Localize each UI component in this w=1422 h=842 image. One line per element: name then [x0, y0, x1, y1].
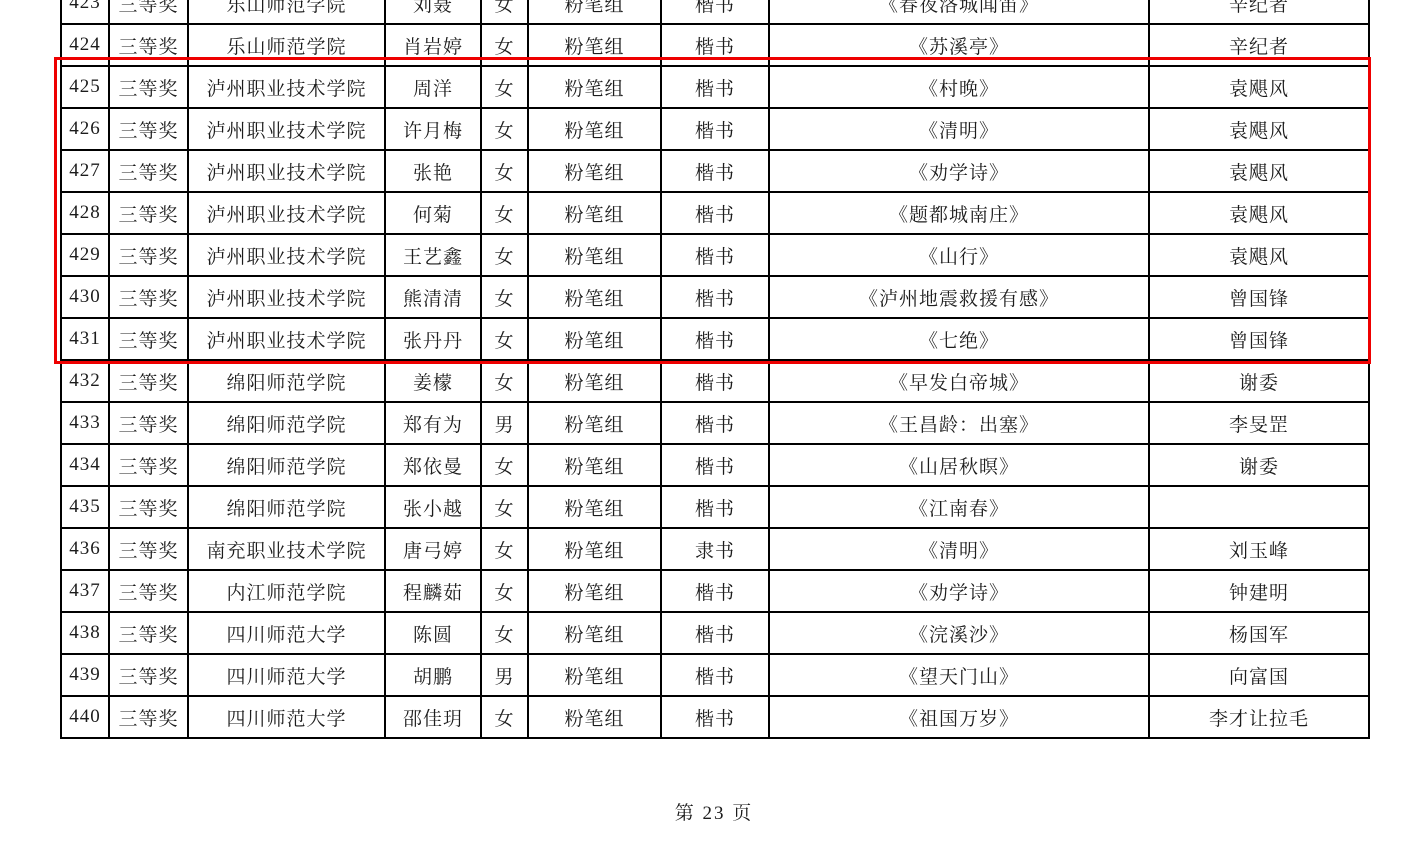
cell-group: 粉笔组 [528, 444, 661, 486]
cell-name: 郑依曼 [385, 444, 481, 486]
cell-award: 三等奖 [109, 24, 188, 66]
cell-script: 楷书 [661, 150, 769, 192]
cell-school: 四川师范大学 [188, 612, 385, 654]
cell-advisor: 杨国军 [1149, 612, 1369, 654]
cell-script: 楷书 [661, 612, 769, 654]
cell-name: 邵佳玥 [385, 696, 481, 738]
cell-advisor: 李才让拉毛 [1149, 696, 1369, 738]
cell-name: 张小越 [385, 486, 481, 528]
cell-script: 楷书 [661, 318, 769, 360]
cell-gender: 女 [481, 486, 528, 528]
document-page: 423三等奖乐山师范学院刘聂女粉笔组楷书《春夜洛城闻笛》辛纪者424三等奖乐山师… [0, 0, 1422, 842]
cell-group: 粉笔组 [528, 654, 661, 696]
cell-award: 三等奖 [109, 360, 188, 402]
awards-table: 423三等奖乐山师范学院刘聂女粉笔组楷书《春夜洛城闻笛》辛纪者424三等奖乐山师… [60, 0, 1370, 739]
cell-school: 南充职业技术学院 [188, 528, 385, 570]
cell-title: 《题都城南庄》 [769, 192, 1149, 234]
cell-title: 《泸州地震救援有感》 [769, 276, 1149, 318]
cell-gender: 女 [481, 150, 528, 192]
cell-gender: 男 [481, 402, 528, 444]
table-row: 432三等奖绵阳师范学院姜檬女粉笔组楷书《早发白帝城》谢委 [61, 360, 1369, 402]
table-row: 434三等奖绵阳师范学院郑依曼女粉笔组楷书《山居秋暝》谢委 [61, 444, 1369, 486]
cell-award: 三等奖 [109, 318, 188, 360]
table-row: 428三等奖泸州职业技术学院何菊女粉笔组楷书《题都城南庄》袁飓风 [61, 192, 1369, 234]
cell-title: 《七绝》 [769, 318, 1149, 360]
cell-award: 三等奖 [109, 150, 188, 192]
cell-script: 楷书 [661, 234, 769, 276]
cell-number: 424 [61, 24, 109, 66]
cell-name: 姜檬 [385, 360, 481, 402]
cell-script: 隶书 [661, 528, 769, 570]
cell-award: 三等奖 [109, 234, 188, 276]
table-row: 438三等奖四川师范大学陈圆女粉笔组楷书《浣溪沙》杨国军 [61, 612, 1369, 654]
cell-name: 王艺鑫 [385, 234, 481, 276]
cell-group: 粉笔组 [528, 612, 661, 654]
table-row: 437三等奖内江师范学院程麟茹女粉笔组楷书《劝学诗》钟建明 [61, 570, 1369, 612]
cell-title: 《王昌龄：出塞》 [769, 402, 1149, 444]
table-row: 433三等奖绵阳师范学院郑有为男粉笔组楷书《王昌龄：出塞》李旻罡 [61, 402, 1369, 444]
cell-number: 429 [61, 234, 109, 276]
cell-number: 439 [61, 654, 109, 696]
cell-group: 粉笔组 [528, 108, 661, 150]
cell-advisor: 辛纪者 [1149, 0, 1369, 24]
cell-advisor: 曾国锋 [1149, 318, 1369, 360]
cell-number: 436 [61, 528, 109, 570]
cell-group: 粉笔组 [528, 276, 661, 318]
cell-school: 泸州职业技术学院 [188, 150, 385, 192]
cell-award: 三等奖 [109, 108, 188, 150]
cell-gender: 女 [481, 570, 528, 612]
cell-number: 435 [61, 486, 109, 528]
cell-advisor: 袁飓风 [1149, 66, 1369, 108]
cell-school: 四川师范大学 [188, 696, 385, 738]
cell-title: 《劝学诗》 [769, 570, 1149, 612]
cell-script: 楷书 [661, 444, 769, 486]
cell-script: 楷书 [661, 486, 769, 528]
cell-school: 乐山师范学院 [188, 0, 385, 24]
cell-gender: 男 [481, 654, 528, 696]
table-row: 430三等奖泸州职业技术学院熊清清女粉笔组楷书《泸州地震救援有感》曾国锋 [61, 276, 1369, 318]
awards-table-body: 423三等奖乐山师范学院刘聂女粉笔组楷书《春夜洛城闻笛》辛纪者424三等奖乐山师… [61, 0, 1369, 738]
table-row: 424三等奖乐山师范学院肖岩婷女粉笔组楷书《苏溪亭》辛纪者 [61, 24, 1369, 66]
cell-number: 426 [61, 108, 109, 150]
cell-school: 泸州职业技术学院 [188, 234, 385, 276]
table-row: 439三等奖四川师范大学胡鹏男粉笔组楷书《望天门山》向富国 [61, 654, 1369, 696]
cell-advisor: 刘玉峰 [1149, 528, 1369, 570]
cell-title: 《祖国万岁》 [769, 696, 1149, 738]
cell-number: 434 [61, 444, 109, 486]
cell-number: 428 [61, 192, 109, 234]
cell-number: 432 [61, 360, 109, 402]
cell-school: 泸州职业技术学院 [188, 276, 385, 318]
cell-award: 三等奖 [109, 192, 188, 234]
cell-script: 楷书 [661, 570, 769, 612]
cell-group: 粉笔组 [528, 192, 661, 234]
cell-award: 三等奖 [109, 402, 188, 444]
cell-name: 何菊 [385, 192, 481, 234]
cell-school: 绵阳师范学院 [188, 444, 385, 486]
cell-name: 张丹丹 [385, 318, 481, 360]
cell-award: 三等奖 [109, 570, 188, 612]
cell-number: 430 [61, 276, 109, 318]
cell-title: 《山居秋暝》 [769, 444, 1149, 486]
cell-advisor: 辛纪者 [1149, 24, 1369, 66]
cell-award: 三等奖 [109, 486, 188, 528]
table-row: 440三等奖四川师范大学邵佳玥女粉笔组楷书《祖国万岁》李才让拉毛 [61, 696, 1369, 738]
cell-gender: 女 [481, 108, 528, 150]
cell-number: 438 [61, 612, 109, 654]
cell-name: 刘聂 [385, 0, 481, 24]
page-number: 第 23 页 [60, 798, 1368, 825]
cell-school: 泸州职业技术学院 [188, 192, 385, 234]
cell-script: 楷书 [661, 696, 769, 738]
cell-title: 《村晚》 [769, 66, 1149, 108]
cell-award: 三等奖 [109, 0, 188, 24]
cell-school: 泸州职业技术学院 [188, 318, 385, 360]
cell-advisor: 向富国 [1149, 654, 1369, 696]
cell-gender: 女 [481, 234, 528, 276]
cell-award: 三等奖 [109, 696, 188, 738]
cell-title: 《清明》 [769, 108, 1149, 150]
cell-gender: 女 [481, 318, 528, 360]
table-row: 431三等奖泸州职业技术学院张丹丹女粉笔组楷书《七绝》曾国锋 [61, 318, 1369, 360]
cell-school: 乐山师范学院 [188, 24, 385, 66]
cell-school: 内江师范学院 [188, 570, 385, 612]
cell-gender: 女 [481, 528, 528, 570]
cell-name: 张艳 [385, 150, 481, 192]
cell-group: 粉笔组 [528, 486, 661, 528]
cell-advisor: 谢委 [1149, 360, 1369, 402]
cell-award: 三等奖 [109, 444, 188, 486]
cell-title: 《山行》 [769, 234, 1149, 276]
table-row: 435三等奖绵阳师范学院张小越女粉笔组楷书《江南春》 [61, 486, 1369, 528]
cell-script: 楷书 [661, 360, 769, 402]
cell-name: 周洋 [385, 66, 481, 108]
cell-name: 陈圆 [385, 612, 481, 654]
cell-school: 泸州职业技术学院 [188, 66, 385, 108]
cell-gender: 女 [481, 276, 528, 318]
cell-name: 唐弓婷 [385, 528, 481, 570]
cell-script: 楷书 [661, 0, 769, 24]
cell-award: 三等奖 [109, 654, 188, 696]
cell-gender: 女 [481, 444, 528, 486]
cell-title: 《劝学诗》 [769, 150, 1149, 192]
table-row: 423三等奖乐山师范学院刘聂女粉笔组楷书《春夜洛城闻笛》辛纪者 [61, 0, 1369, 24]
cell-number: 437 [61, 570, 109, 612]
cell-group: 粉笔组 [528, 318, 661, 360]
cell-group: 粉笔组 [528, 696, 661, 738]
cell-school: 绵阳师范学院 [188, 486, 385, 528]
table-row: 427三等奖泸州职业技术学院张艳女粉笔组楷书《劝学诗》袁飓风 [61, 150, 1369, 192]
cell-script: 楷书 [661, 654, 769, 696]
cell-title: 《苏溪亭》 [769, 24, 1149, 66]
cell-gender: 女 [481, 696, 528, 738]
cell-gender: 女 [481, 360, 528, 402]
cell-script: 楷书 [661, 108, 769, 150]
cell-advisor: 袁飓风 [1149, 108, 1369, 150]
cell-number: 433 [61, 402, 109, 444]
cell-school: 四川师范大学 [188, 654, 385, 696]
table-row: 436三等奖南充职业技术学院唐弓婷女粉笔组隶书《清明》刘玉峰 [61, 528, 1369, 570]
cell-award: 三等奖 [109, 66, 188, 108]
cell-name: 程麟茹 [385, 570, 481, 612]
cell-advisor: 袁飓风 [1149, 192, 1369, 234]
cell-number: 440 [61, 696, 109, 738]
cell-advisor: 谢委 [1149, 444, 1369, 486]
cell-advisor: 李旻罡 [1149, 402, 1369, 444]
cell-gender: 女 [481, 192, 528, 234]
cell-number: 425 [61, 66, 109, 108]
cell-name: 熊清清 [385, 276, 481, 318]
cell-advisor: 钟建明 [1149, 570, 1369, 612]
cell-number: 423 [61, 0, 109, 24]
cell-group: 粉笔组 [528, 402, 661, 444]
cell-script: 楷书 [661, 66, 769, 108]
cell-advisor: 袁飓风 [1149, 150, 1369, 192]
cell-school: 绵阳师范学院 [188, 360, 385, 402]
cell-award: 三等奖 [109, 528, 188, 570]
cell-number: 431 [61, 318, 109, 360]
cell-advisor: 曾国锋 [1149, 276, 1369, 318]
cell-group: 粉笔组 [528, 0, 661, 24]
cell-script: 楷书 [661, 192, 769, 234]
cell-group: 粉笔组 [528, 24, 661, 66]
cell-gender: 女 [481, 0, 528, 24]
table-row: 429三等奖泸州职业技术学院王艺鑫女粉笔组楷书《山行》袁飓风 [61, 234, 1369, 276]
cell-script: 楷书 [661, 24, 769, 66]
cell-title: 《清明》 [769, 528, 1149, 570]
cell-award: 三等奖 [109, 276, 188, 318]
cell-group: 粉笔组 [528, 234, 661, 276]
cell-title: 《浣溪沙》 [769, 612, 1149, 654]
cell-name: 许月梅 [385, 108, 481, 150]
cell-title: 《望天门山》 [769, 654, 1149, 696]
table-row: 426三等奖泸州职业技术学院许月梅女粉笔组楷书《清明》袁飓风 [61, 108, 1369, 150]
cell-name: 胡鹏 [385, 654, 481, 696]
cell-number: 427 [61, 150, 109, 192]
cell-title: 《春夜洛城闻笛》 [769, 0, 1149, 24]
table-row: 425三等奖泸州职业技术学院周洋女粉笔组楷书《村晚》袁飓风 [61, 66, 1369, 108]
cell-school: 泸州职业技术学院 [188, 108, 385, 150]
cell-group: 粉笔组 [528, 570, 661, 612]
cell-group: 粉笔组 [528, 150, 661, 192]
cell-title: 《江南春》 [769, 486, 1149, 528]
cell-name: 肖岩婷 [385, 24, 481, 66]
cell-gender: 女 [481, 612, 528, 654]
cell-group: 粉笔组 [528, 360, 661, 402]
cell-school: 绵阳师范学院 [188, 402, 385, 444]
cell-gender: 女 [481, 24, 528, 66]
cell-title: 《早发白帝城》 [769, 360, 1149, 402]
cell-script: 楷书 [661, 402, 769, 444]
cell-advisor [1149, 486, 1369, 528]
cell-name: 郑有为 [385, 402, 481, 444]
cell-award: 三等奖 [109, 612, 188, 654]
cell-group: 粉笔组 [528, 528, 661, 570]
cell-group: 粉笔组 [528, 66, 661, 108]
cell-script: 楷书 [661, 276, 769, 318]
cell-advisor: 袁飓风 [1149, 234, 1369, 276]
cell-gender: 女 [481, 66, 528, 108]
